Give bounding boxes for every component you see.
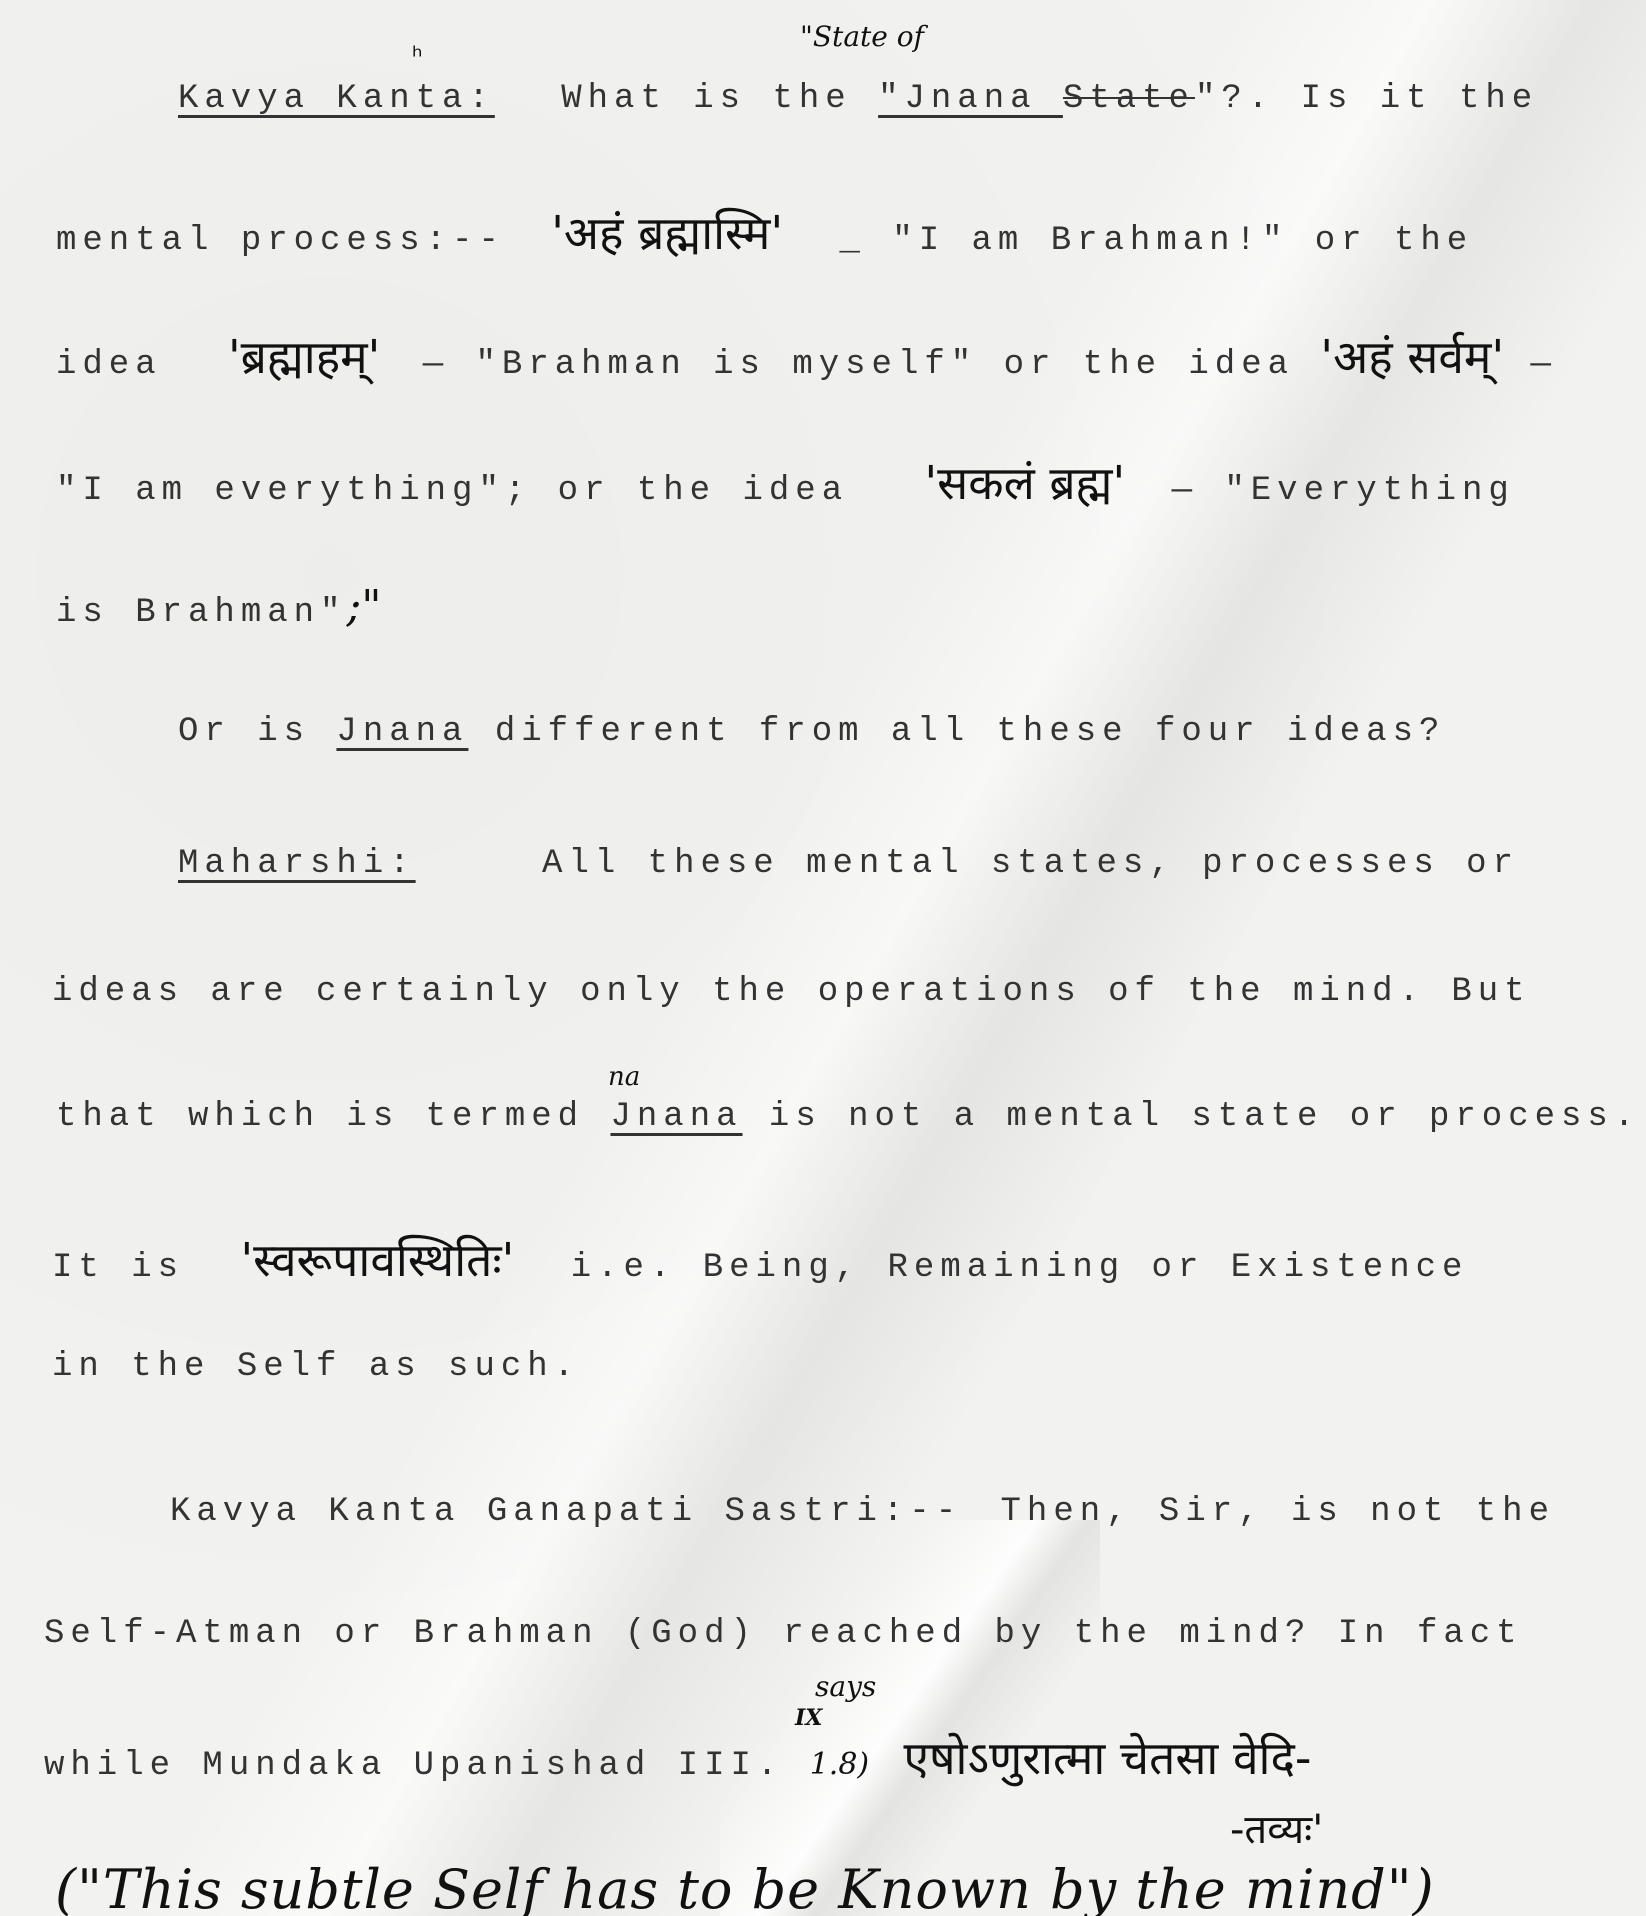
handwritten-translation: ("This subtle Self has to be Known by th… bbox=[55, 1858, 1435, 1916]
devanagari-aham-sarvam: 'अहं सर्वम्' bbox=[1320, 330, 1504, 384]
term-jnana: Jnana bbox=[610, 1098, 742, 1136]
line-2: mental process:-- 'अहं ब्रह्मास्मि' _ "I… bbox=[56, 210, 1473, 258]
devanagari-continuation: -तव्यः' bbox=[1230, 1810, 1323, 1850]
typed-text: idea bbox=[56, 346, 162, 384]
line-7: Maharshi: All these mental states, proce… bbox=[178, 847, 1519, 881]
typed-text: _ "I am Brahman!" or the bbox=[840, 222, 1474, 260]
typed-text: ideas are certainly only the operations … bbox=[52, 973, 1531, 1011]
speaker-ganapati-sastri: Kavya Kanta Ganapati Sastri:-- bbox=[170, 1493, 962, 1531]
speaker-maharshi: Maharshi: bbox=[178, 845, 416, 883]
term-jnana: Jnana bbox=[336, 713, 468, 751]
term-jnana: "Jnana bbox=[878, 80, 1063, 118]
handwritten-na: na bbox=[608, 1062, 640, 1092]
line-14: while Mundaka Upanishad III. 1.8) एषोऽणु… bbox=[44, 1735, 1312, 1783]
typed-text: All these mental states, processes or bbox=[542, 845, 1519, 883]
typed-text: is Brahman" bbox=[56, 594, 346, 632]
typed-text: different from all these four ideas? bbox=[468, 713, 1445, 751]
typed-text: It is bbox=[52, 1249, 184, 1287]
devanagari-brahmaham: 'ब्रह्माहम्' bbox=[228, 330, 380, 384]
devanagari-aham-brahmasmi: 'अहं ब्रह्मास्मि' bbox=[551, 206, 783, 260]
handwritten-state-of: "State of bbox=[800, 20, 924, 53]
line-4: "I am everything"; or the idea 'सकलं ब्र… bbox=[56, 460, 1515, 508]
typed-text: What is the bbox=[561, 80, 878, 118]
typed-text: "I am everything"; or the idea bbox=[56, 472, 848, 510]
line-12: Kavya Kanta Ganapati Sastri:-- Then, Sir… bbox=[170, 1495, 1555, 1529]
typed-text: is not a mental state or process. bbox=[743, 1098, 1641, 1136]
caret-mark: ʰ bbox=[412, 42, 423, 72]
line-10: It is 'स्वरूपावस्थितिः' i.e. Being, Rema… bbox=[52, 1237, 1468, 1285]
handwritten-punctuation: ;" bbox=[346, 581, 381, 632]
typed-text: mental process:-- bbox=[56, 222, 505, 260]
typed-text: while Mundaka Upanishad III. bbox=[44, 1747, 783, 1785]
typed-text-tail: "?. Is it the bbox=[1195, 80, 1538, 118]
typed-text: that which is termed bbox=[56, 1098, 610, 1136]
typed-text: in the Self as such. bbox=[52, 1348, 580, 1386]
handwritten-says: says bbox=[815, 1670, 876, 1703]
devanagari-svarupavasthitih: 'स्वरूपावस्थितिः' bbox=[240, 1233, 514, 1287]
line-5: is Brahman";" bbox=[56, 585, 382, 630]
handwritten-ref-fix: IX bbox=[795, 1705, 822, 1731]
line-6: Or is Jnana different from all these fou… bbox=[178, 715, 1445, 749]
devanagari-sakalam-brahma: 'सकलं ब्रह्म' bbox=[925, 456, 1126, 510]
typed-text: — "Everything bbox=[1172, 472, 1515, 510]
line-11: in the Self as such. bbox=[52, 1350, 580, 1384]
typed-text: Self-Atman or Brahman (God) reached by t… bbox=[44, 1615, 1523, 1653]
typed-text: Then, Sir, is not the bbox=[1001, 1493, 1555, 1531]
typed-text: — "Brahman is myself" or the idea bbox=[423, 346, 1294, 384]
line-3: idea 'ब्रह्माहम्' — "Brahman is myself" … bbox=[56, 334, 1557, 382]
line-1: Kavya Kanta: What is the "Jnana State"?.… bbox=[178, 82, 1538, 116]
speaker-kavya-kanta: Kavya Kanta: bbox=[178, 80, 495, 118]
line-8: ideas are certainly only the operations … bbox=[52, 975, 1531, 1009]
typed-text: i.e. Being, Remaining or Existence bbox=[571, 1249, 1469, 1287]
typed-text: Or is bbox=[178, 713, 336, 751]
struck-word-state: State bbox=[1063, 80, 1195, 118]
typed-text: — bbox=[1531, 346, 1557, 384]
devanagari-mundaka-verse: एषोऽणुरात्मा चेतसा वेदि- bbox=[904, 1731, 1312, 1785]
line-9: that which is termed Jnana is not a ment… bbox=[56, 1100, 1640, 1134]
line-13: Self-Atman or Brahman (God) reached by t… bbox=[44, 1617, 1523, 1651]
verse-reference: 1.8) bbox=[810, 1747, 869, 1782]
